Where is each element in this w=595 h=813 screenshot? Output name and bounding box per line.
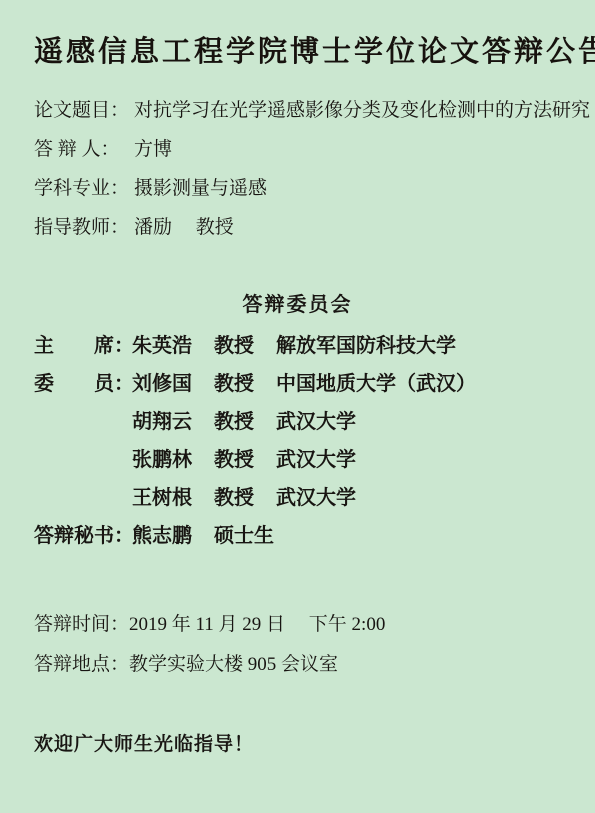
committee-member-name: 朱英浩 (132, 333, 214, 359)
schedule-section: 答辩时间：2019 年 11 月 29 日 下午 2:00 答辩地点：教学实验大… (34, 613, 561, 677)
defense-venue-line: 答辩地点：教学实验大楼 905 会议室 (34, 653, 561, 677)
committee-row-member: 王树根 教授 武汉大学 (34, 485, 561, 511)
major-line: 学科专业：摄影测量与遥感 (34, 178, 561, 200)
committee-member-title: 教授 (214, 371, 276, 397)
advisor-label: 指导教师： (34, 217, 134, 239)
committee-member-name: 张鹏林 (132, 447, 214, 473)
defense-time-label: 答辩时间： (34, 614, 129, 635)
committee-section: 主 席： 朱英浩 教授 解放军国防科技大学 委 员： 刘修国 教授 中国地质大学… (34, 333, 561, 549)
announcement-page: 遥感信息工程学院博士学位论文答辩公告 论文题目：对抗学习在光学遥感影像分类及变化… (0, 0, 595, 813)
committee-member-affiliation: 解放军国防科技大学 (276, 333, 561, 359)
advisor-line: 指导教师：潘励 教授 (34, 217, 561, 239)
major-value: 摄影测量与遥感 (134, 178, 267, 199)
committee-member-title: 教授 (214, 447, 276, 473)
committee-member-name: 胡翔云 (132, 409, 214, 435)
defense-time-value: 2019 年 11 月 29 日 下午 2:00 (129, 614, 385, 635)
thesis-title-line: 论文题目：对抗学习在光学遥感影像分类及变化检测中的方法研究 (34, 100, 561, 122)
candidate-line: 答 辩 人：方博 (34, 139, 561, 161)
committee-role: 主 席： (34, 333, 132, 359)
committee-role (34, 447, 132, 473)
major-label: 学科专业： (34, 178, 134, 200)
thesis-title-value: 对抗学习在光学遥感影像分类及变化检测中的方法研究 (134, 100, 590, 121)
candidate-value: 方博 (134, 139, 172, 160)
committee-row-member: 张鹏林 教授 武汉大学 (34, 447, 561, 473)
committee-row-chairman: 主 席： 朱英浩 教授 解放军国防科技大学 (34, 333, 561, 359)
committee-row-secretary: 答辩秘书： 熊志鹏 硕士生 (34, 523, 561, 549)
defense-venue-value: 教学实验大楼 905 会议室 (129, 654, 338, 675)
page-title: 遥感信息工程学院博士学位论文答辩公告 (34, 30, 561, 74)
committee-member-affiliation (276, 523, 561, 549)
committee-row-member: 委 员： 刘修国 教授 中国地质大学（武汉） (34, 371, 561, 397)
committee-member-affiliation: 中国地质大学（武汉） (276, 371, 561, 397)
welcome-note: 欢迎广大师生光临指导！ (34, 733, 561, 757)
candidate-label: 答 辩 人： (34, 139, 134, 161)
defense-venue-label: 答辩地点： (34, 654, 129, 675)
committee-member-affiliation: 武汉大学 (276, 409, 561, 435)
committee-role (34, 485, 132, 511)
committee-role (34, 409, 132, 435)
committee-row-member: 胡翔云 教授 武汉大学 (34, 409, 561, 435)
committee-member-name: 熊志鹏 (132, 523, 214, 549)
committee-member-affiliation: 武汉大学 (276, 447, 561, 473)
committee-heading: 答辩委员会 (34, 293, 561, 317)
committee-member-name: 王树根 (132, 485, 214, 511)
thesis-title-label: 论文题目： (34, 100, 134, 122)
committee-member-title: 教授 (214, 409, 276, 435)
committee-member-affiliation: 武汉大学 (276, 485, 561, 511)
committee-member-title: 硕士生 (214, 523, 276, 549)
committee-role: 委 员： (34, 371, 132, 397)
committee-member-name: 刘修国 (132, 371, 214, 397)
committee-member-title: 教授 (214, 485, 276, 511)
advisor-value: 潘励 教授 (134, 217, 234, 238)
committee-member-title: 教授 (214, 333, 276, 359)
committee-role: 答辩秘书： (34, 523, 132, 549)
defense-time-line: 答辩时间：2019 年 11 月 29 日 下午 2:00 (34, 613, 561, 637)
thesis-info-section: 论文题目：对抗学习在光学遥感影像分类及变化检测中的方法研究 答 辩 人：方博 学… (34, 100, 561, 239)
